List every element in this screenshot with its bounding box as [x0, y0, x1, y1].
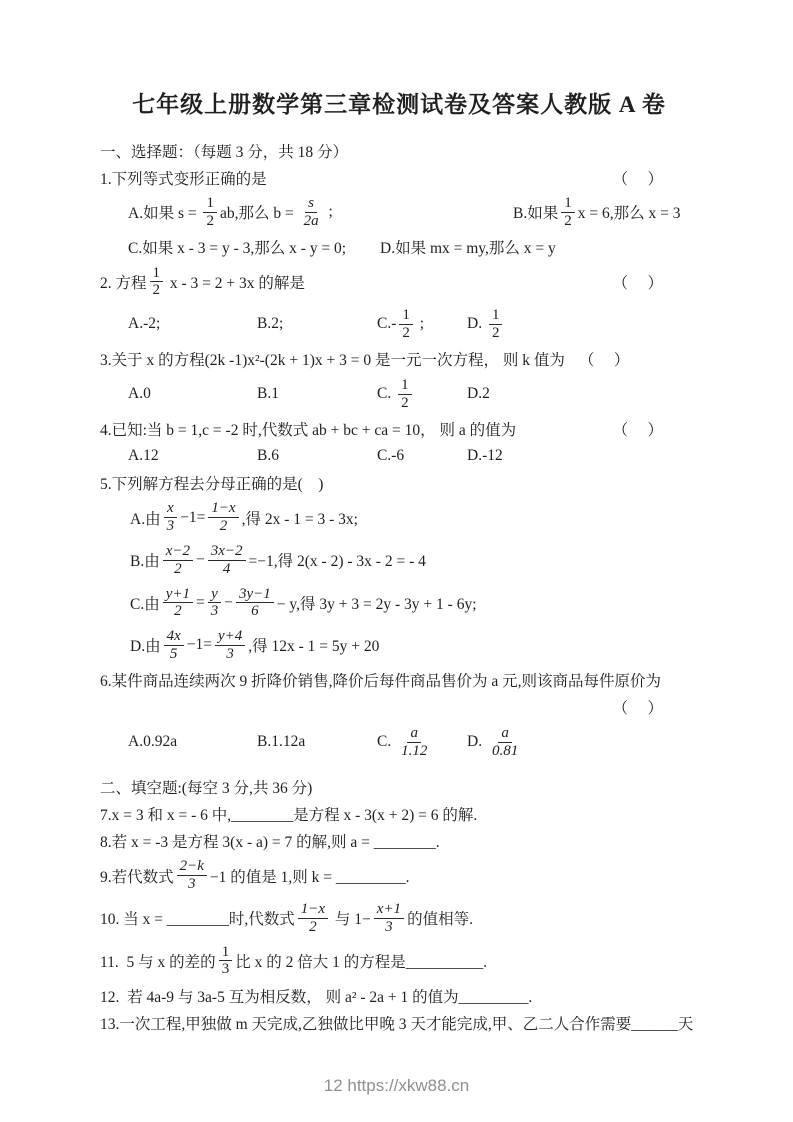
fraction: 12 [398, 377, 412, 412]
q7: 7.x = 3 和 x = - 6 中,________是方程 x - 3(x … [100, 802, 698, 825]
q9-text: −1 的值是 1,则 k = _________. [210, 865, 410, 887]
fraction-denominator: 3 [382, 919, 396, 936]
q2-stem: 2. 方程12 x - 3 = 2 + 3x 的解是（ ） [100, 263, 698, 302]
fraction: 12 [489, 307, 503, 342]
fraction: 13 [219, 944, 233, 979]
q1-options-ab-text: A.如果 s = [128, 201, 200, 223]
fraction-denominator: 2 [398, 395, 412, 412]
q9-text: 9.若代数式 [100, 865, 174, 887]
fraction-denominator: 3 [164, 518, 178, 535]
q5-option-a-text: A.由 [130, 507, 161, 529]
q6-stem-text: 6.某件商品连续两次 9 折降价销售,降价后每件商品售价为 a 元,则该商品每件… [100, 669, 661, 691]
fraction-denominator: 6 [248, 603, 262, 620]
fraction-denominator: 2 [171, 561, 185, 578]
fraction-numerator: 1−x [208, 500, 238, 518]
page-title: 七年级上册数学第三章检测试卷及答案人教版 A 卷 [100, 86, 698, 119]
q6-options-opt-D: D. a0.81 [467, 723, 524, 762]
q5-option-d: D.由4x5−1=y+43,得 12x - 1 = 5y + 20 [100, 626, 698, 665]
section-2-heading: 二、填空题:(每空 3 分,共 36 分) [100, 775, 698, 798]
q11-text: 11. 5 与 x 的差的 [100, 950, 216, 972]
q1-options-ab: A.如果 s = 12ab,那么 b = s2a ;B.如果12x = 6,那么… [100, 193, 698, 232]
section-2-heading-text: 二、填空题:(每空 3 分,共 36 分) [100, 776, 312, 798]
q9: 9.若代数式2−k3−1 的值是 1,则 k = _________. [100, 856, 698, 895]
fraction-numerator: 3x−2 [208, 543, 246, 561]
q10-text: 的值相等. [407, 907, 473, 929]
q1-stem: 1.下列等式变形正确的是（ ） [100, 166, 698, 189]
q5-option-c-text: − [224, 594, 233, 612]
q2-stem-text: x - 3 = 2 + 3x 的解是 [166, 271, 305, 293]
q1-options-cd: C.如果 x - 3 = y - 3,那么 x - y = 0;D.如果 mx … [100, 236, 698, 259]
fraction-denominator: 2 [203, 213, 217, 230]
q4-options-text: B.6 [257, 447, 279, 465]
fraction-numerator: 4x [164, 628, 184, 646]
fraction: 12 [150, 265, 164, 300]
fraction-numerator: x [164, 500, 177, 518]
fraction-numerator: s [305, 195, 317, 213]
q5-option-d-text: −1= [187, 636, 212, 654]
q6-options-opt-C: C. a1.12 [377, 723, 467, 762]
q4-options-opt-D: D.-12 [467, 447, 503, 465]
q6-options-text: B.1.12a [257, 733, 305, 751]
document-body: 一、选择题：（每题 3 分，共 18 分）1.下列等式变形正确的是（ ）A.如果… [100, 139, 698, 1034]
q4-options: A.12B.6C.-6D.-12 [100, 444, 698, 467]
q1-options-ab-opt-A: A.如果 s = 12ab,那么 b = s2a ; [128, 193, 513, 232]
q3-options-opt-B: B.1 [257, 385, 377, 403]
q4-options-opt-C: C.-6 [377, 447, 467, 465]
q10: 10. 当 x = ________时,代数式1−x2 与 1−x+13的值相等… [100, 899, 698, 938]
q5-option-b-text: − [196, 551, 205, 569]
fraction-numerator: 1−x [298, 901, 328, 919]
fraction-numerator: a [407, 725, 421, 743]
fraction-denominator: 3 [208, 603, 222, 620]
q3-options-opt-C: C. 12 [377, 375, 467, 414]
fraction-numerator: 1 [489, 307, 503, 325]
q6-options-opt-A: A.0.92a [128, 733, 257, 751]
q2-options-opt-D: D. 12 [467, 305, 505, 344]
q2-options-text: A.-2; [128, 315, 160, 333]
q3-options-text: B.1 [257, 385, 279, 403]
fraction: 3x−24 [208, 543, 246, 578]
fraction-numerator: x+1 [374, 901, 404, 919]
q3-options: A.0B.1C. 12D.2 [100, 375, 698, 414]
q6-options-text: D. [467, 733, 486, 751]
fraction: 3y−16 [236, 586, 274, 621]
q4-stem: 4.已知:当 b = 1,c = -2 时,代数式 ab + bc + ca =… [100, 417, 698, 440]
fraction-numerator: 1 [398, 377, 412, 395]
fraction-denominator: 1.12 [398, 743, 430, 760]
fraction-numerator: 1 [219, 944, 233, 962]
fraction: 12 [203, 195, 217, 230]
q1-options-cd-opt-D: D.如果 mx = my,那么 x = y [380, 236, 556, 258]
q1-options-cd-text: D.如果 mx = my,那么 x = y [380, 236, 556, 258]
q6-options: A.0.92aB.1.12aC. a1.12D. a0.81 [100, 723, 698, 762]
q5-stem-text: 5.下列解方程去分母正确的是( ) [100, 472, 323, 494]
q8: 8.若 x = -3 是方程 3(x - a) = 7 的解,则 a = ___… [100, 829, 698, 852]
q5-option-b-text: =−1,得 2(x - 2) - 3x - 2 = - 4 [249, 549, 426, 571]
fraction: s2a [301, 195, 322, 230]
fraction-denominator: 2 [489, 325, 503, 342]
q10-text: 与 1− [331, 907, 371, 929]
q12-text: 12. 若 4a-9 与 3a-5 互为相反数， 则 a² - 2a + 1 的… [100, 985, 532, 1007]
fraction-numerator: 1 [399, 307, 413, 325]
fraction-denominator: 2a [301, 213, 322, 230]
footer-page-url: 12 https://xkw88.cn [324, 1076, 470, 1095]
fraction-numerator: 2−k [177, 858, 207, 876]
q2-stem-text: 2. 方程 [100, 271, 147, 293]
fraction-numerator: 3y−1 [236, 586, 274, 604]
fraction-denominator: 2 [150, 282, 164, 299]
fraction: x−22 [163, 543, 193, 578]
q6-bracket-line: （ ） [100, 696, 698, 719]
q3-options-opt-A: A.0 [128, 385, 257, 403]
fraction: 1−x2 [208, 500, 238, 535]
fraction: a1.12 [398, 725, 430, 760]
q5-option-c-text: = [196, 594, 205, 612]
fraction: 4x5 [164, 628, 184, 663]
q5-option-b-text: B.由 [130, 549, 160, 571]
q3-options-text: A.0 [128, 385, 151, 403]
page-footer: 12 https://xkw88.cn [0, 1076, 793, 1096]
q3-options-text: C. [377, 385, 395, 403]
fraction-denominator: 4 [220, 561, 234, 578]
q2-options-text: B.2; [257, 315, 283, 333]
q2-options-text: D. [467, 315, 486, 333]
q2-options-opt-B: B.2; [257, 315, 377, 333]
q6-options-text: C. [377, 733, 395, 751]
q2-options-text: ; [416, 315, 424, 333]
q1-options-ab-text: ab,那么 b = [220, 201, 298, 223]
q5-option-c-text: − y,得 3y + 3 = 2y - 3y + 1 - 6y; [277, 592, 477, 614]
fraction-denominator: 3 [185, 876, 199, 893]
q3-options-opt-D: D.2 [467, 385, 490, 403]
section-1-heading-text: 一、选择题：（每题 3 分，共 18 分） [100, 140, 348, 162]
fraction-numerator: 1 [150, 265, 164, 283]
answer-bracket: （ ） [612, 696, 665, 718]
answer-bracket: （ ） [579, 348, 632, 370]
fraction-denominator: 3 [223, 646, 237, 663]
answer-bracket: （ ） [612, 271, 665, 293]
q1-options-cd-text: C.如果 x - 3 = y - 3,那么 x - y = 0; [128, 236, 346, 258]
q5-option-a: A.由x3−1=1−x2,得 2x - 1 = 3 - 3x; [100, 498, 698, 537]
fraction: 12 [399, 307, 413, 342]
fraction: 1−x2 [298, 901, 328, 936]
q4-stem-text: 4.已知:当 b = 1,c = -2 时,代数式 ab + bc + ca =… [100, 418, 516, 440]
q1-options-ab-opt-B: B.如果12x = 6,那么 x = 3 [513, 193, 680, 232]
q6-stem: 6.某件商品连续两次 9 折降价销售,降价后每件商品售价为 a 元,则该商品每件… [100, 669, 698, 692]
q12: 12. 若 4a-9 与 3a-5 互为相反数， 则 a² - 2a + 1 的… [100, 984, 698, 1007]
fraction-numerator: x−2 [163, 543, 193, 561]
q2-options-opt-A: A.-2; [128, 315, 257, 333]
q4-options-opt-A: A.12 [128, 447, 257, 465]
q1-options-ab-text: B.如果 [513, 201, 558, 223]
fraction: y3 [208, 586, 222, 621]
fraction: x+13 [374, 901, 404, 936]
fraction: a0.81 [489, 725, 521, 760]
fraction-denominator: 3 [219, 961, 233, 978]
q2-options-opt-C: C.-12 ; [377, 305, 467, 344]
q1-options-cd-opt-C: C.如果 x - 3 = y - 3,那么 x - y = 0; [128, 236, 380, 258]
q2-options: A.-2;B.2;C.-12 ;D. 12 [100, 305, 698, 344]
q4-options-opt-B: B.6 [257, 447, 377, 465]
q6-options-opt-B: B.1.12a [257, 733, 377, 751]
q8-text: 8.若 x = -3 是方程 3(x - a) = 7 的解,则 a = ___… [100, 830, 440, 852]
q3-options-text: D.2 [467, 385, 490, 403]
fraction: x3 [164, 500, 178, 535]
fraction: 12 [561, 195, 575, 230]
q1-options-ab-text: x = 6,那么 x = 3 [578, 201, 681, 223]
q4-options-text: A.12 [128, 447, 159, 465]
section-1-heading: 一、选择题：（每题 3 分，共 18 分） [100, 139, 698, 162]
q5-option-a-text: −1= [180, 509, 205, 527]
fraction-denominator: 2 [561, 213, 575, 230]
fraction-numerator: y+1 [163, 586, 193, 604]
fraction-denominator: 2 [217, 518, 231, 535]
fraction-denominator: 2 [171, 603, 185, 620]
q11-text: 比 x 的 2 倍大 1 的方程是__________. [235, 950, 487, 972]
q3-stem-text: 3.关于 x 的方程(2k -1)x²-(2k + 1)x + 3 = 0 是一… [100, 348, 565, 370]
fraction-denominator: 0.81 [489, 743, 521, 760]
q13-text: 13.一次工程,甲独做 m 天完成,乙独做比甲晚 3 天才能完成,甲、乙二人合作… [100, 1012, 693, 1034]
fraction-numerator: y+4 [215, 628, 245, 646]
fraction: 2−k3 [177, 858, 207, 893]
q6-options-text: A.0.92a [128, 733, 177, 751]
q10-text: 10. 当 x = ________时,代数式 [100, 907, 295, 929]
q11: 11. 5 与 x 的差的13比 x 的 2 倍大 1 的方程是________… [100, 942, 698, 981]
q13: 13.一次工程,甲独做 m 天完成,乙独做比甲晚 3 天才能完成,甲、乙二人合作… [100, 1011, 698, 1034]
q4-options-text: D.-12 [467, 447, 503, 465]
fraction-denominator: 2 [399, 325, 413, 342]
document-page: 七年级上册数学第三章检测试卷及答案人教版 A 卷 一、选择题：（每题 3 分，共… [0, 0, 793, 1034]
q5-option-d-text: ,得 12x - 1 = 5y + 20 [248, 634, 379, 656]
fraction-numerator: a [498, 725, 512, 743]
q5-option-a-text: ,得 2x - 1 = 3 - 3x; [242, 507, 358, 529]
q5-option-b: B.由x−22−3x−24=−1,得 2(x - 2) - 3x - 2 = -… [100, 541, 698, 580]
fraction-numerator: 1 [203, 195, 217, 213]
q5-option-c: C.由y+12=y3−3y−16− y,得 3y + 3 = 2y - 3y +… [100, 584, 698, 623]
q5-option-d-text: D.由 [130, 634, 161, 656]
q2-options-text: C.- [377, 315, 396, 333]
answer-bracket: （ ） [612, 167, 665, 189]
q1-options-ab-text: ; [325, 203, 333, 221]
q3-stem: 3.关于 x 的方程(2k -1)x²-(2k + 1)x + 3 = 0 是一… [100, 348, 698, 371]
q1-stem-text: 1.下列等式变形正确的是 [100, 167, 267, 189]
fraction: y+12 [163, 586, 193, 621]
q4-options-text: C.-6 [377, 447, 404, 465]
q5-stem: 5.下列解方程去分母正确的是( ) [100, 471, 698, 494]
fraction: y+43 [215, 628, 245, 663]
fraction-numerator: y [208, 586, 221, 604]
answer-bracket: （ ） [612, 418, 665, 440]
q7-text: 7.x = 3 和 x = - 6 中,________是方程 x - 3(x … [100, 803, 477, 825]
fraction-denominator: 2 [306, 919, 320, 936]
fraction-numerator: 1 [561, 195, 575, 213]
q5-option-c-text: C.由 [130, 592, 160, 614]
fraction-denominator: 5 [167, 646, 181, 663]
